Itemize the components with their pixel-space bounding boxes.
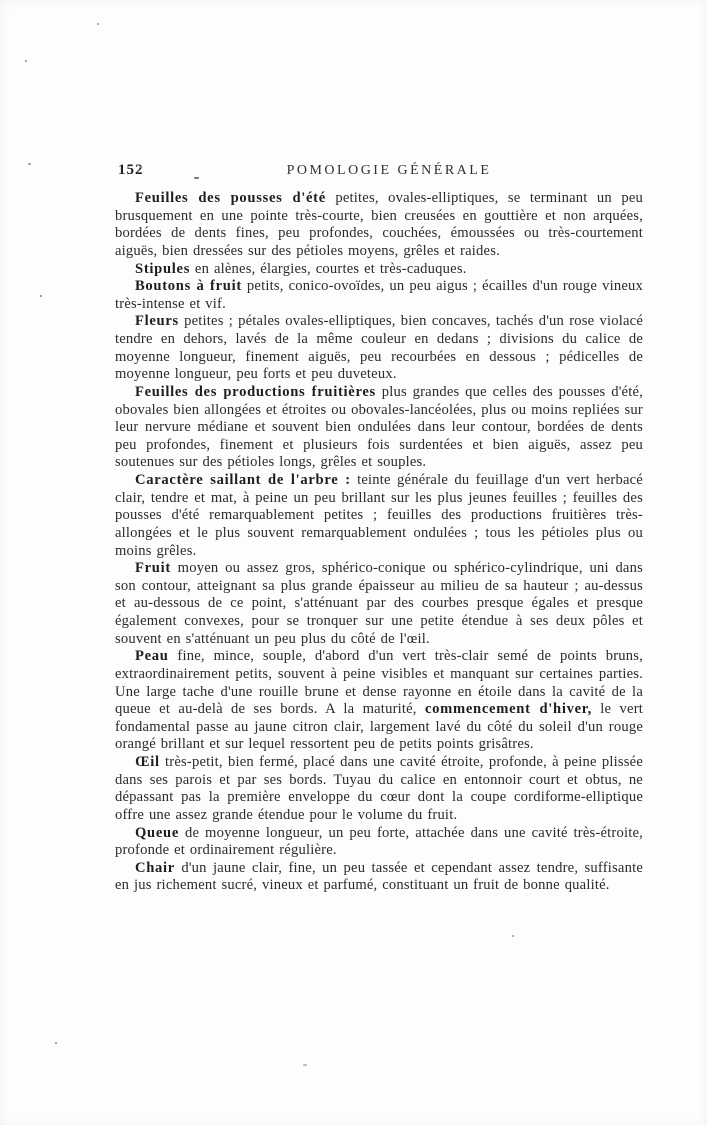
paragraph-lead: commencement d'hiver, [425, 701, 592, 717]
scan-speck [512, 935, 514, 937]
scan-speck [40, 295, 42, 297]
paragraph-text: petites ; pétales ovales-elliptiques, bi… [115, 313, 643, 382]
paragraph: Fleurs petites ; pétales ovales-elliptiq… [115, 313, 643, 384]
paragraph-lead: Boutons à fruit [135, 278, 242, 294]
paragraph-text: très-petit, bien fermé, placé dans une c… [115, 754, 643, 823]
scan-speck [28, 163, 31, 165]
paragraph-lead: Caractère saillant de l'arbre : [135, 472, 351, 488]
book-page: 152 POMOLOGIE GÉNÉRALE Feuilles des pous… [0, 0, 707, 1125]
paragraph-lead: Feuilles des pousses d'été [135, 190, 326, 206]
paragraph-lead: Peau [135, 648, 169, 664]
paragraph-lead: Feuilles des productions fruitières [135, 384, 376, 400]
running-head: 152 POMOLOGIE GÉNÉRALE [0, 160, 707, 182]
paragraph: Stipules en alènes, élargies, courtes et… [115, 261, 643, 279]
paragraph: Boutons à fruit petits, conico-ovoïdes, … [115, 278, 643, 313]
paragraph-text: moyen ou assez gros, sphérico-conique ou… [115, 560, 643, 647]
paragraph: Queue de moyenne longueur, un peu forte,… [115, 825, 643, 860]
paragraph-lead: Fleurs [135, 313, 179, 329]
paragraph: Peau fine, mince, souple, d'abord d'un v… [115, 648, 643, 754]
paragraph-lead: Œil [135, 754, 160, 770]
paragraph-lead: Queue [135, 825, 179, 841]
paragraph-text: en alènes, élargies, courtes et très-cad… [190, 261, 467, 277]
paragraph: Œil très-petit, bien fermé, placé dans u… [115, 754, 643, 825]
scan-speck [303, 1064, 307, 1066]
paragraph: Feuilles des productions fruitières plus… [115, 384, 643, 472]
paragraph-text: de moyenne longueur, un peu forte, attac… [115, 825, 643, 859]
paragraph-lead: Chair [135, 860, 175, 876]
paragraph: Chair d'un jaune clair, fine, un peu tas… [115, 860, 643, 895]
paragraph-lead: Stipules [135, 261, 190, 277]
paragraph: Caractère saillant de l'arbre : teinte g… [115, 472, 643, 560]
paragraph-text: d'un jaune clair, fine, un peu tassée et… [115, 860, 643, 894]
paragraph: Feuilles des pousses d'été petites, oval… [115, 190, 643, 261]
text-column: Feuilles des pousses d'été petites, oval… [115, 190, 643, 895]
paragraph: Fruit moyen ou assez gros, sphérico-coni… [115, 560, 643, 648]
scan-speck [97, 23, 99, 25]
scan-speck [587, 283, 589, 285]
scan-speck [139, 166, 141, 168]
scan-speck [55, 1042, 57, 1044]
scan-speck [25, 60, 27, 62]
scan-speck [194, 177, 199, 179]
paragraph-lead: Fruit [135, 560, 171, 576]
